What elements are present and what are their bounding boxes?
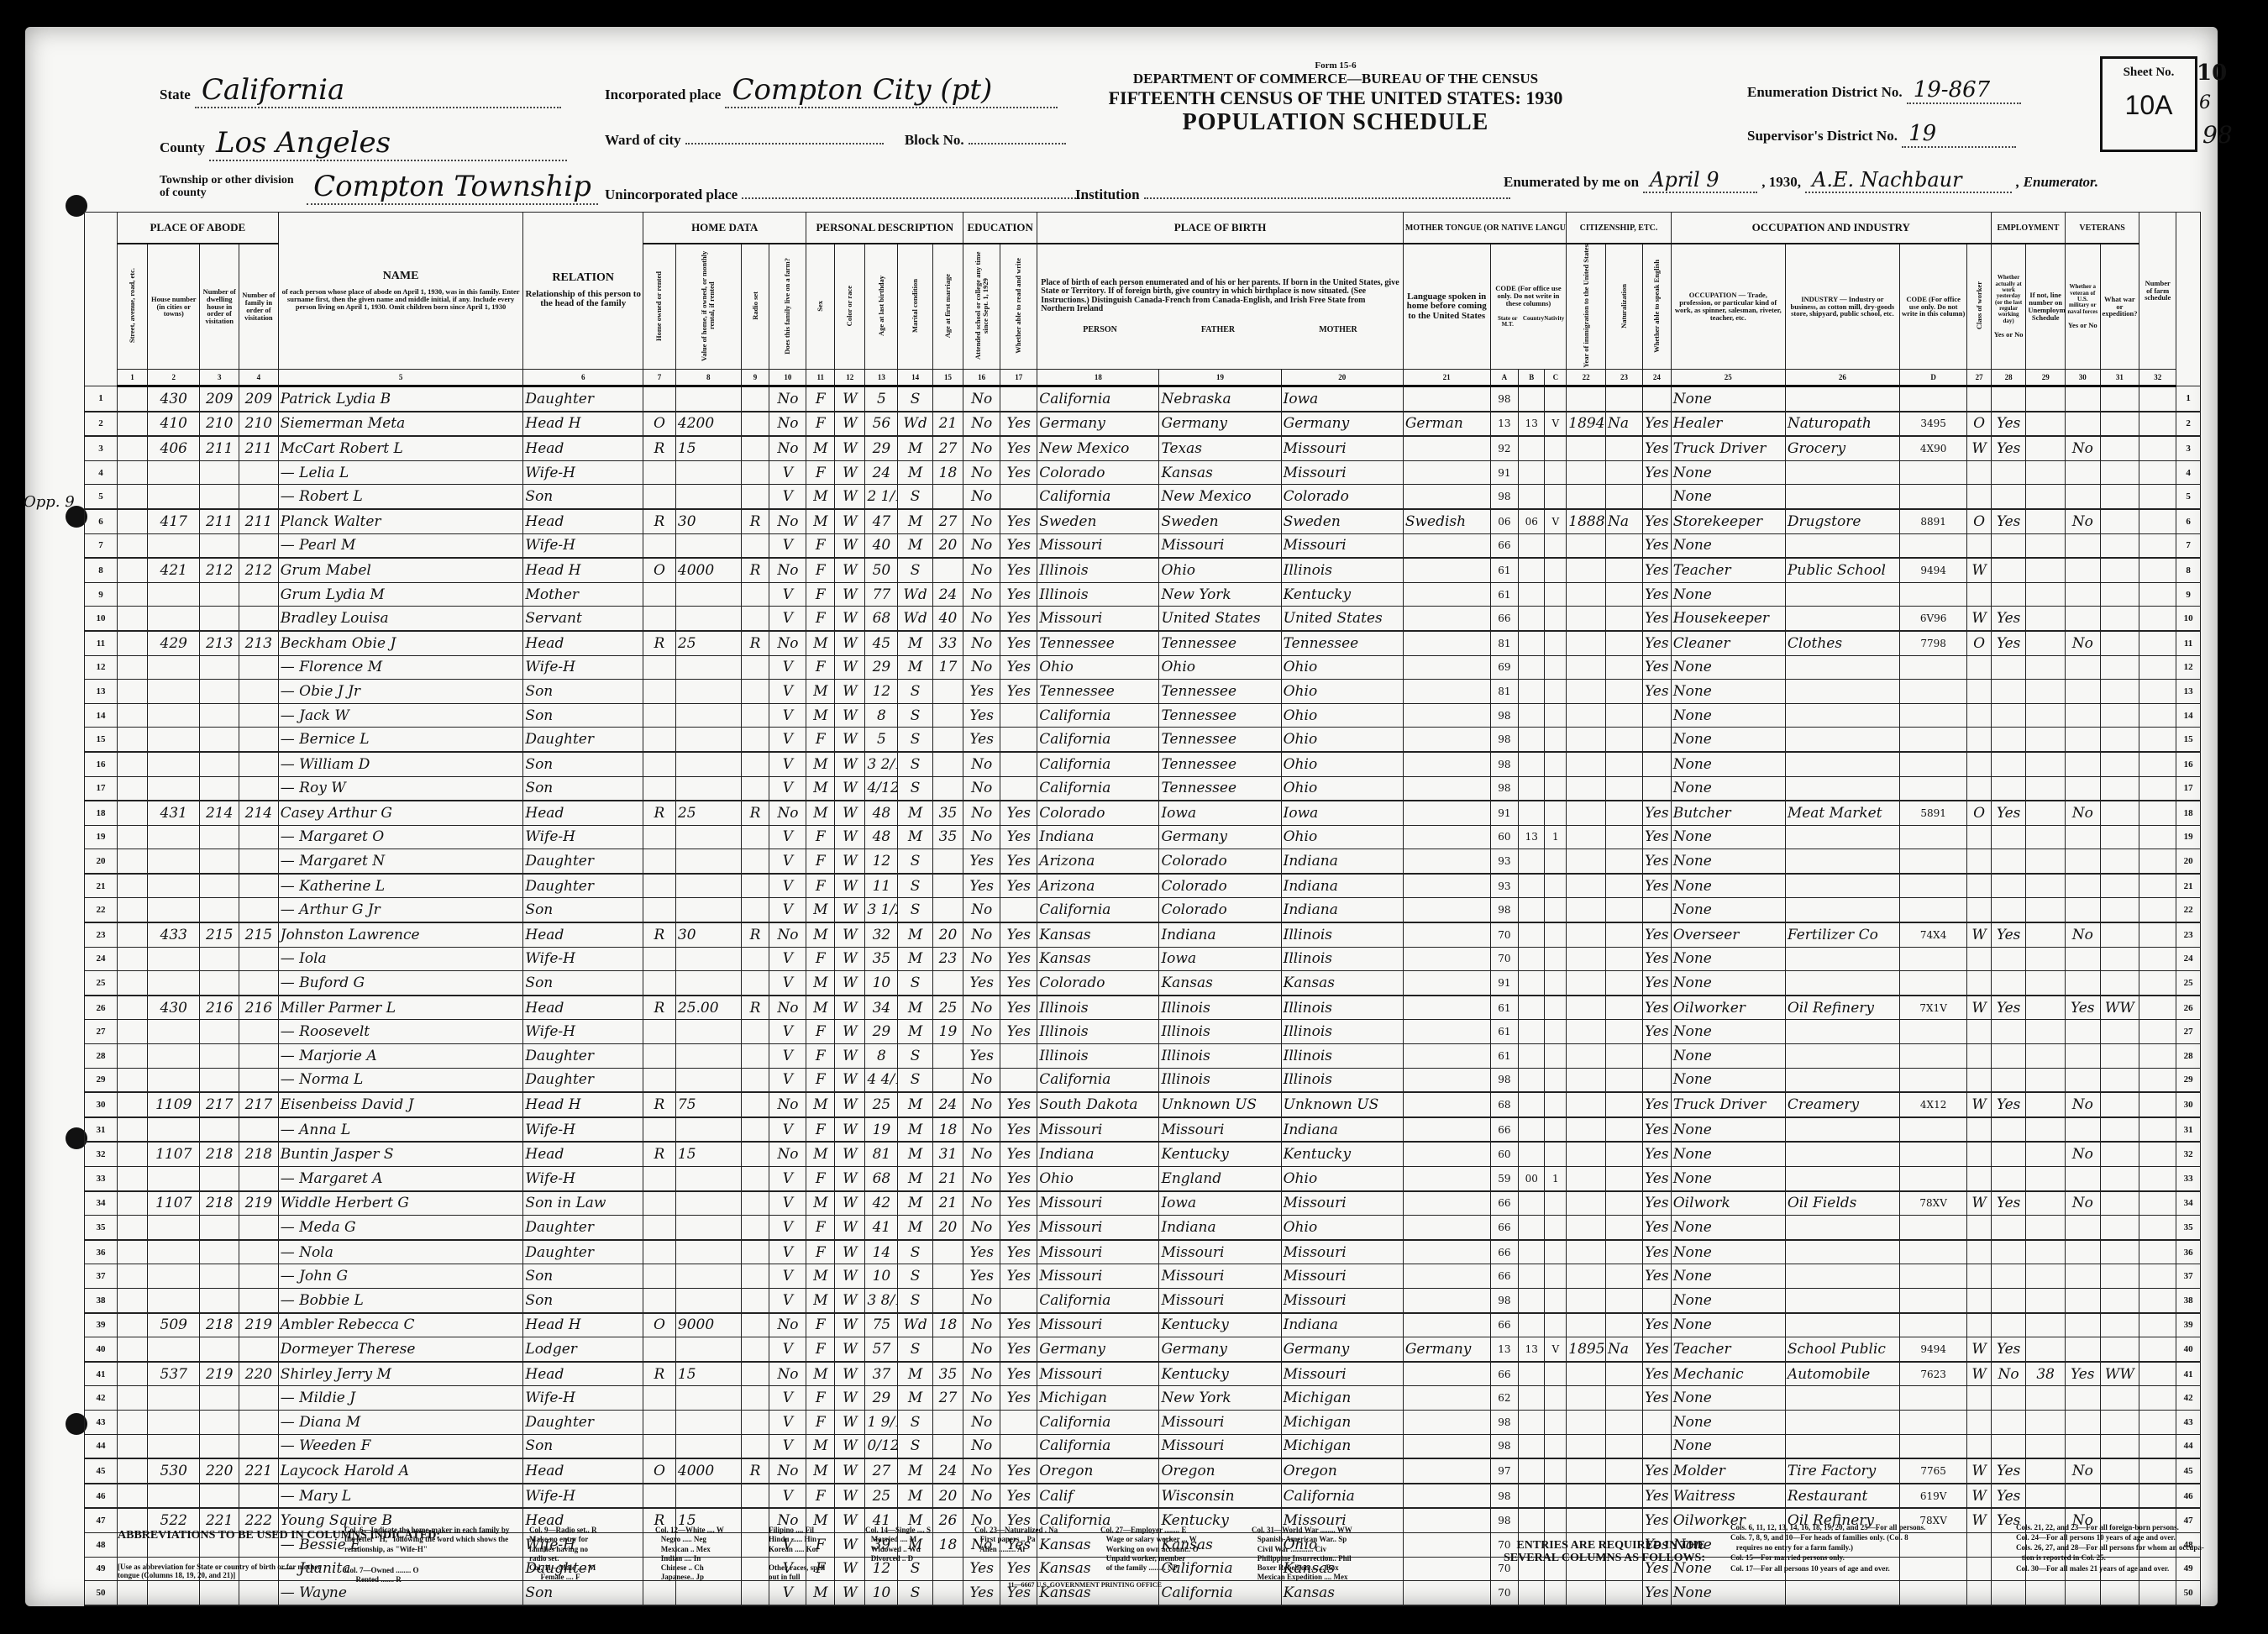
cell-cB <box>1519 1020 1545 1044</box>
cell-eng: Yes <box>1643 1458 1672 1484</box>
cell-rel: Son <box>523 1264 643 1289</box>
cell-race: W <box>835 412 865 437</box>
cell-val: 4000 <box>675 558 741 582</box>
cell-dw: 210 <box>200 412 239 437</box>
abbreviations-note: [Use as abbreviation for State or countr… <box>118 1563 328 1579</box>
cell-cA: 62 <box>1490 1386 1519 1411</box>
cell-rel: Wife-H <box>523 1020 643 1044</box>
cell-val <box>675 1410 741 1434</box>
incorporated-value: Compton City (pt) <box>725 73 1058 108</box>
cell-mar: M <box>898 947 932 971</box>
cell-pb: Tennessee <box>1037 631 1159 655</box>
cell-cC <box>1545 971 1567 996</box>
cell-sch: No <box>963 655 1000 680</box>
cell-unemp <box>2026 436 2066 460</box>
cell-sex: F <box>806 825 835 849</box>
cell-cA: 81 <box>1490 631 1519 655</box>
cell-race: W <box>835 1434 865 1458</box>
cell-mb: Ohio <box>1281 1167 1403 1191</box>
cell-val <box>675 582 741 607</box>
cell-imm <box>1567 1362 1606 1386</box>
cell-sex: M <box>806 703 835 728</box>
cell-age: 42 <box>865 1191 898 1216</box>
cell-cB <box>1519 1068 1545 1092</box>
census-sheet: State California County Los Angeles Town… <box>25 27 2218 1606</box>
cell-sch: Yes <box>963 703 1000 728</box>
cell-cls <box>1967 703 1992 728</box>
table-row: 25— Buford GSonVMW10SYesYesColoradoKansa… <box>85 971 2201 996</box>
cell-unemp <box>2026 996 2066 1020</box>
cell-cB <box>1519 1386 1545 1411</box>
cell-own <box>643 1044 676 1069</box>
cell-sch: Yes <box>963 849 1000 874</box>
cell-rel: Son <box>523 776 643 801</box>
cell-fam <box>239 680 279 704</box>
cell-code: 7623 <box>1899 1362 1966 1386</box>
cell-fb: Indiana <box>1159 922 1281 947</box>
cell-war <box>2100 533 2139 558</box>
cell-cC <box>1545 386 1567 412</box>
column-number: A <box>1490 370 1519 386</box>
cell-cls <box>1967 1240 1992 1264</box>
cell-age: 0/12 <box>865 1434 898 1458</box>
enumerated-date: April 9 <box>1643 168 1757 193</box>
column-number: 18 <box>1037 370 1159 386</box>
column-number: 13 <box>865 370 898 386</box>
cell-cA: 91 <box>1490 971 1519 996</box>
cell-radio <box>741 607 769 631</box>
cell-own <box>643 1484 676 1509</box>
line-number-right: 42 <box>2176 1386 2201 1411</box>
cell-code <box>1899 1434 1966 1458</box>
cell-rel: Daughter <box>523 1044 643 1069</box>
cell-eng <box>1643 386 1672 412</box>
cell-name: — William D <box>278 752 523 776</box>
cell-rw: Yes <box>1000 1458 1037 1484</box>
cell-fam <box>239 1044 279 1069</box>
cell-name: — Margaret N <box>278 849 523 874</box>
cell-fb: Kentucky <box>1159 1313 1281 1337</box>
cell-mar: M <box>898 655 932 680</box>
cell-vet <box>2066 607 2100 631</box>
cell-house <box>148 1020 200 1044</box>
cell-street <box>117 1117 147 1143</box>
cell-sex: M <box>806 1092 835 1117</box>
cell-sex: M <box>806 631 835 655</box>
cell-cls: W <box>1967 1484 1992 1509</box>
cell-eng: Yes <box>1643 1020 1672 1044</box>
cell-house <box>148 776 200 801</box>
cell-imm <box>1567 1458 1606 1484</box>
cell-ind <box>1785 1020 1899 1044</box>
cell-occ: None <box>1671 680 1785 704</box>
cell-work <box>1991 849 2025 874</box>
cell-cC <box>1545 607 1567 631</box>
cell-occ: None <box>1671 849 1785 874</box>
line-number-right: 5 <box>2176 485 2201 509</box>
cell-age: 5 <box>865 728 898 752</box>
abbr-col14: Col. 14—Single .... S Married .... M Wid… <box>865 1526 931 1563</box>
cell-fsch <box>2139 1434 2176 1458</box>
cell-work <box>1991 386 2025 412</box>
line-number-right: 25 <box>2176 971 2201 996</box>
cell-fam <box>239 485 279 509</box>
cell-pb: Michigan <box>1037 1386 1159 1411</box>
line-number-right: 35 <box>2176 1216 2201 1240</box>
cell-cls: O <box>1967 801 1992 825</box>
cell-age: 41 <box>865 1216 898 1240</box>
cell-sex: M <box>806 801 835 825</box>
cell-cB <box>1519 1240 1545 1264</box>
line-number: 38 <box>85 1288 118 1312</box>
cell-cls: O <box>1967 412 1992 437</box>
cell-fam: 211 <box>239 436 279 460</box>
cell-mb: Missouri <box>1281 460 1403 485</box>
cell-unemp <box>2026 631 2066 655</box>
cell-mb: Ohio <box>1281 825 1403 849</box>
entries-list-2: Cols. 21, 22, and 23—For all foreign-bor… <box>2016 1522 2204 1574</box>
cell-cA: 61 <box>1490 582 1519 607</box>
cell-sch: Yes <box>963 1240 1000 1264</box>
header-family-number: Number of family in order of visitation <box>239 244 279 370</box>
cell-mar: S <box>898 485 932 509</box>
cell-fsch <box>2139 947 2176 971</box>
county-value: Los Angeles <box>209 126 567 161</box>
cell-war <box>2100 1191 2139 1216</box>
cell-occ: None <box>1671 1142 1785 1166</box>
cell-lang <box>1403 849 1490 874</box>
column-number: 9 <box>741 370 769 386</box>
cell-work <box>1991 703 2025 728</box>
cell-fsch <box>2139 1288 2176 1312</box>
cell-cls: W <box>1967 436 1992 460</box>
cell-sex: M <box>806 1264 835 1289</box>
cell-pb: Ohio <box>1037 655 1159 680</box>
cell-pb: Missouri <box>1037 1313 1159 1337</box>
cell-radio: R <box>741 996 769 1020</box>
cell-occ: None <box>1671 776 1785 801</box>
cell-radio <box>741 728 769 752</box>
cell-nat <box>1605 1434 1642 1458</box>
cell-mar: M <box>898 825 932 849</box>
cell-lang <box>1403 1484 1490 1509</box>
cell-war <box>2100 1386 2139 1411</box>
cell-agem: 40 <box>932 607 963 631</box>
table-row: 27— RooseveltWife-HVFW29M19NoYesIllinois… <box>85 1020 2201 1044</box>
cell-street <box>117 1240 147 1264</box>
cell-fsch <box>2139 1044 2176 1069</box>
cell-sex: M <box>806 485 835 509</box>
cell-cls: W <box>1967 922 1992 947</box>
cell-mar: M <box>898 801 932 825</box>
cell-name: Planck Walter <box>278 509 523 533</box>
cell-rw <box>1000 776 1037 801</box>
cell-agem <box>932 1264 963 1289</box>
cell-occ: None <box>1671 1386 1785 1411</box>
cell-rw: Yes <box>1000 631 1037 655</box>
table-row: 1430209209Patrick Lydia BDaughterNoFW5SN… <box>85 386 2201 412</box>
cell-fam: 220 <box>239 1362 279 1386</box>
cell-cA: 66 <box>1490 607 1519 631</box>
cell-nat <box>1605 631 1642 655</box>
cell-val <box>675 1434 741 1458</box>
cell-street <box>117 386 147 412</box>
cell-dw <box>200 460 239 485</box>
cell-house <box>148 1167 200 1191</box>
cell-race: W <box>835 971 865 996</box>
cell-sex: F <box>806 728 835 752</box>
cell-eng: Yes <box>1643 849 1672 874</box>
cell-street <box>117 631 147 655</box>
cell-fb: New York <box>1159 1386 1281 1411</box>
cell-age: 56 <box>865 412 898 437</box>
line-number-right: 45 <box>2176 1458 2201 1484</box>
cell-dw <box>200 1264 239 1289</box>
cell-fam: 218 <box>239 1142 279 1166</box>
cell-fsch <box>2139 1386 2176 1411</box>
cell-own: R <box>643 922 676 947</box>
cell-street <box>117 776 147 801</box>
cell-age: 19 <box>865 1117 898 1143</box>
cell-dw: 211 <box>200 436 239 460</box>
cell-fb: Missouri <box>1159 533 1281 558</box>
cell-race: W <box>835 631 865 655</box>
cell-street <box>117 607 147 631</box>
cell-rw <box>1000 752 1037 776</box>
cell-war <box>2100 922 2139 947</box>
cell-eng: Yes <box>1643 1264 1672 1289</box>
cell-nat <box>1605 1117 1642 1143</box>
cell-eng <box>1643 703 1672 728</box>
cell-name: — Pearl M <box>278 533 523 558</box>
cell-pb: California <box>1037 386 1159 412</box>
cell-race: W <box>835 1362 865 1386</box>
cell-cA: 98 <box>1490 1068 1519 1092</box>
cell-radio <box>741 1191 769 1216</box>
column-number: 6 <box>523 370 643 386</box>
cell-unemp <box>2026 1068 2066 1092</box>
cell-eng: Yes <box>1643 1240 1672 1264</box>
cell-mb: Missouri <box>1281 436 1403 460</box>
cell-cC <box>1545 460 1567 485</box>
cell-unemp <box>2026 1191 2066 1216</box>
cell-rw: Yes <box>1000 655 1037 680</box>
cell-dw <box>200 1068 239 1092</box>
cell-eng: Yes <box>1643 558 1672 582</box>
cell-war <box>2100 680 2139 704</box>
cell-vet <box>2066 655 2100 680</box>
cell-agem <box>932 971 963 996</box>
group-place-of-birth: PLACE OF BIRTH <box>1037 213 1404 244</box>
header-farm-text: Does this family live on a farm? <box>784 258 791 355</box>
table-row: 321107218218Buntin Jasper SHeadR15NoMW81… <box>85 1142 2201 1166</box>
cell-unemp <box>2026 1142 2066 1166</box>
cell-cC <box>1545 947 1567 971</box>
header-unemployment-line: If not, line number on Unemployment Sche… <box>2026 244 2066 370</box>
cell-sch: No <box>963 776 1000 801</box>
cell-occ: None <box>1671 1313 1785 1337</box>
cell-ind: Oil Refinery <box>1785 996 1899 1020</box>
cell-occ: None <box>1671 825 1785 849</box>
table-row: 43— Diana MDaughterVFW1 9/12SNoCaliforni… <box>85 1410 2201 1434</box>
header-speak-english: Whether able to speak English <box>1643 244 1672 370</box>
cell-mar: M <box>898 1484 932 1509</box>
cell-cC <box>1545 485 1567 509</box>
cell-agem <box>932 1240 963 1264</box>
cell-work <box>1991 533 2025 558</box>
cell-code: 9494 <box>1899 558 1966 582</box>
cell-sex: F <box>806 1240 835 1264</box>
cell-rel: Wife-H <box>523 460 643 485</box>
cell-mb: Iowa <box>1281 386 1403 412</box>
cell-cA: 70 <box>1490 922 1519 947</box>
column-number: 30 <box>2066 370 2100 386</box>
cell-unemp <box>2026 680 2066 704</box>
cell-cB <box>1519 922 1545 947</box>
cell-work: Yes <box>1991 412 2025 437</box>
cell-cls <box>1967 1313 1992 1337</box>
cell-val <box>675 971 741 996</box>
cell-dw <box>200 703 239 728</box>
unincorporated-field: Unincorporated place <box>605 187 1083 203</box>
header-school: Attended school or college any time sinc… <box>963 244 1000 370</box>
cell-imm <box>1567 922 1606 947</box>
column-number: 23 <box>1605 370 1642 386</box>
cell-cls <box>1967 849 1992 874</box>
cell-rw: Yes <box>1000 1092 1037 1117</box>
cell-pb: California <box>1037 1068 1159 1092</box>
cell-cls <box>1967 752 1992 776</box>
cell-rel: Daughter <box>523 1216 643 1240</box>
cell-occ: None <box>1671 1410 1785 1434</box>
cell-farm: No <box>769 1458 806 1484</box>
cell-cB <box>1519 558 1545 582</box>
cell-fam <box>239 1068 279 1092</box>
cell-street <box>117 752 147 776</box>
cell-rw <box>1000 1068 1037 1092</box>
cell-work: No <box>1991 1362 2025 1386</box>
cell-work <box>1991 1020 2025 1044</box>
cell-occ: None <box>1671 1044 1785 1069</box>
cell-farm: V <box>769 1191 806 1216</box>
cell-cC <box>1545 1434 1567 1458</box>
cell-age: 3 8/12 <box>865 1288 898 1312</box>
cell-fb: Texas <box>1159 436 1281 460</box>
cell-sch: Yes <box>963 874 1000 898</box>
cell-pb: Missouri <box>1037 1264 1159 1289</box>
cell-rw: Yes <box>1000 1337 1037 1362</box>
header-race: Color or race <box>835 244 865 370</box>
cell-name: Shirley Jerry M <box>278 1362 523 1386</box>
cell-name: — Obie J Jr <box>278 680 523 704</box>
township-value: Compton Township <box>307 170 598 205</box>
cell-vet <box>2066 898 2100 922</box>
cell-val <box>675 386 741 412</box>
column-number: 25 <box>1671 370 1785 386</box>
table-row: 45530220221Laycock Harold AHeadO4000RNoM… <box>85 1458 2201 1484</box>
cell-street <box>117 1020 147 1044</box>
cell-code <box>1899 776 1966 801</box>
cell-unemp <box>2026 1092 2066 1117</box>
cell-mb: Sweden <box>1281 509 1403 533</box>
cell-war <box>2100 1337 2139 1362</box>
cell-rw: Yes <box>1000 1191 1037 1216</box>
line-number-right: 20 <box>2176 849 2201 874</box>
cell-imm <box>1567 898 1606 922</box>
cell-farm: V <box>769 1167 806 1191</box>
cell-fsch <box>2139 558 2176 582</box>
line-number: 8 <box>85 558 118 582</box>
cell-cA: 98 <box>1490 752 1519 776</box>
column-number: 21 <box>1403 370 1490 386</box>
cell-vet: No <box>2066 509 2100 533</box>
cell-radio: R <box>741 801 769 825</box>
cell-fam <box>239 460 279 485</box>
cell-cC <box>1545 1216 1567 1240</box>
header-person: PERSON <box>1083 326 1117 335</box>
group-place-of-abode: PLACE OF ABODE <box>117 213 278 244</box>
cell-lang <box>1403 436 1490 460</box>
cell-cA: 59 <box>1490 1167 1519 1191</box>
header-tongue-code: CODE (For office use only. Do not write … <box>1490 244 1567 370</box>
cell-lang <box>1403 1458 1490 1484</box>
cell-cC <box>1545 1020 1567 1044</box>
cell-own <box>643 1410 676 1434</box>
line-number-header <box>85 213 118 386</box>
cell-fam: 213 <box>239 631 279 655</box>
cell-cls <box>1967 1167 1992 1191</box>
cell-pb: South Dakota <box>1037 1092 1159 1117</box>
cell-lang <box>1403 703 1490 728</box>
cell-radio <box>741 1313 769 1337</box>
cell-lang <box>1403 1191 1490 1216</box>
cell-dw: 216 <box>200 996 239 1020</box>
cell-val <box>675 1117 741 1143</box>
column-number: 5 <box>278 370 523 386</box>
cell-imm <box>1567 971 1606 996</box>
cell-code <box>1899 752 1966 776</box>
cell-dw <box>200 825 239 849</box>
header-class-of-worker: Class of worker <box>1967 244 1992 370</box>
line-number-right: 11 <box>2176 631 2201 655</box>
cell-age: 10 <box>865 1264 898 1289</box>
cell-own: R <box>643 509 676 533</box>
margin-note-opp: Opp. 9 <box>24 493 75 511</box>
cell-vet <box>2066 1240 2100 1264</box>
cell-mar: S <box>898 728 932 752</box>
cell-fb: United States <box>1159 607 1281 631</box>
cell-own <box>643 582 676 607</box>
cell-nat <box>1605 485 1642 509</box>
cell-fam: 210 <box>239 412 279 437</box>
cell-lang <box>1403 1264 1490 1289</box>
cell-imm <box>1567 582 1606 607</box>
cell-fam <box>239 1484 279 1509</box>
cell-lang <box>1403 607 1490 631</box>
line-number-right: 27 <box>2176 1020 2201 1044</box>
cell-sex: F <box>806 607 835 631</box>
cell-cB <box>1519 947 1545 971</box>
cell-fb: Missouri <box>1159 1434 1281 1458</box>
cell-work <box>1991 1386 2025 1411</box>
cell-cls: W <box>1967 558 1992 582</box>
cell-work <box>1991 558 2025 582</box>
cell-house <box>148 680 200 704</box>
cell-code <box>1899 655 1966 680</box>
cell-pb: Missouri <box>1037 1117 1159 1143</box>
cell-nat: Na <box>1605 1337 1642 1362</box>
cell-code <box>1899 1068 1966 1092</box>
